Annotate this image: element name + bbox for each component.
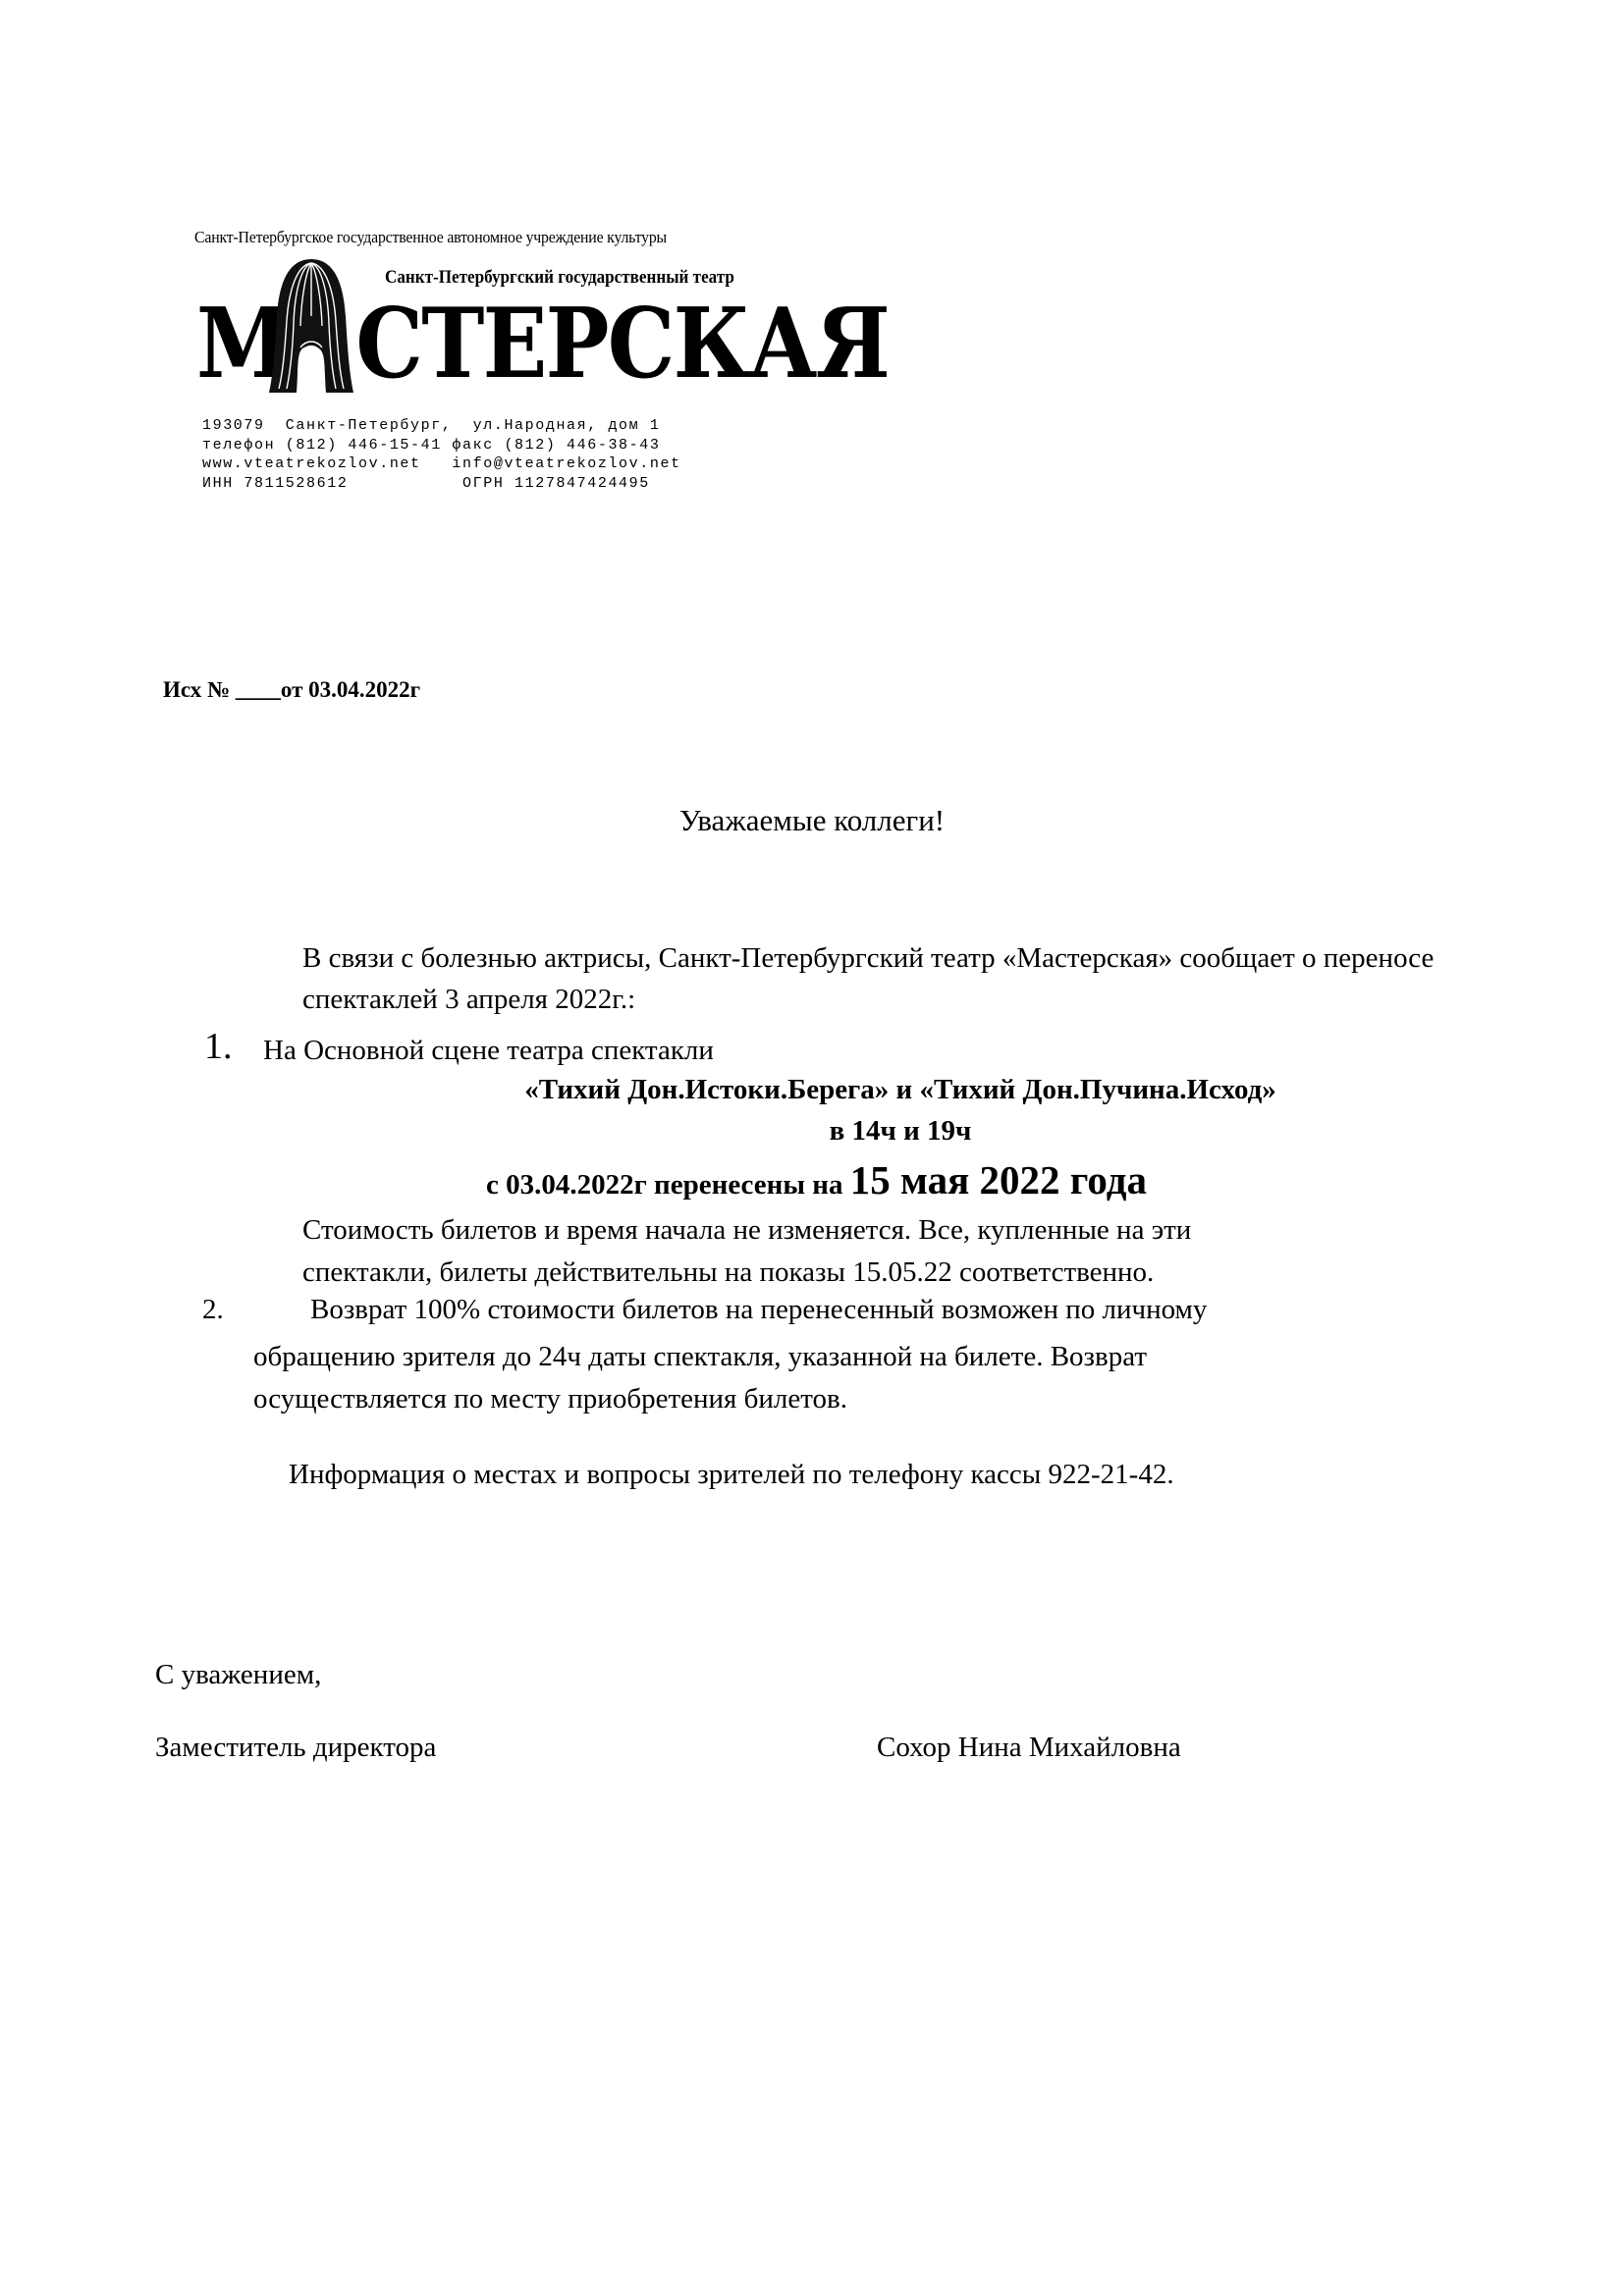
hair-a-logo-icon	[267, 257, 355, 395]
text-line: спектакли, билеты действительны на показ…	[302, 1252, 1191, 1294]
signer-position: Заместитель директора	[155, 1732, 436, 1764]
refund-text: обращению зрителя до 24ч даты спектакля,…	[253, 1336, 1147, 1420]
phone-fax-line: телефон (812) 446-15-41 факс (812) 446-3…	[202, 436, 681, 455]
performance-times: в 14ч и 19ч	[88, 1115, 1624, 1148]
letterhead-contacts: 193079 Санкт-Петербург, ул.Народная, дом…	[202, 416, 681, 493]
box-office-info: Информация о местах и вопросы зрителей п…	[289, 1459, 1174, 1491]
outgoing-reference: Исх № ____от 03.04.2022г	[163, 677, 420, 703]
refund-text-line1: Возврат 100% стоимости билетов на перене…	[310, 1294, 1207, 1326]
item1-number: 1.	[204, 1025, 233, 1068]
rescheduled-prefix: с 03.04.2022г перенесены на	[486, 1169, 850, 1201]
inn-ogrn-line: ИНН 7811528612 ОГРН 1127847424495	[202, 474, 681, 494]
web-email-line: www.vteatrekozlov.net info@vteatrekozlov…	[202, 454, 681, 474]
ticket-validity-text: Стоимость билетов и время начала не изме…	[302, 1209, 1191, 1294]
address-line: 193079 Санкт-Петербург, ул.Народная, дом…	[202, 416, 681, 436]
text-line: обращению зрителя до 24ч даты спектакля,…	[253, 1336, 1147, 1378]
letterhead-theatre-type: Санкт-Петербургский государственный теат…	[385, 267, 734, 289]
text-line: Стоимость билетов и время начала не изме…	[302, 1209, 1191, 1252]
logo-letters-rest: СТЕРСКАЯ	[355, 288, 889, 400]
closing-regards: С уважением,	[155, 1659, 321, 1691]
signer-name: Сохор Нина Михайловна	[877, 1732, 1181, 1764]
letterhead-institution: Санкт-Петербургское государственное авто…	[194, 228, 667, 247]
item1-text: На Основной сцене театра спектакли	[263, 1035, 714, 1067]
performance-titles: «Тихий Дон.Истоки.Берега» и «Тихий Дон.П…	[88, 1074, 1624, 1106]
item2-number: 2.	[202, 1294, 224, 1326]
intro-paragraph: В связи с болезнью актрисы, Санкт-Петерб…	[302, 937, 1500, 1020]
rescheduled-line: с 03.04.2022г перенесены на 15 мая 2022 …	[486, 1156, 1147, 1203]
text-line: осуществляется по месту приобретения бил…	[253, 1378, 1147, 1420]
greeting: Уважаемые коллеги!	[0, 803, 1624, 838]
new-date: 15 мая 2022 года	[850, 1157, 1147, 1202]
